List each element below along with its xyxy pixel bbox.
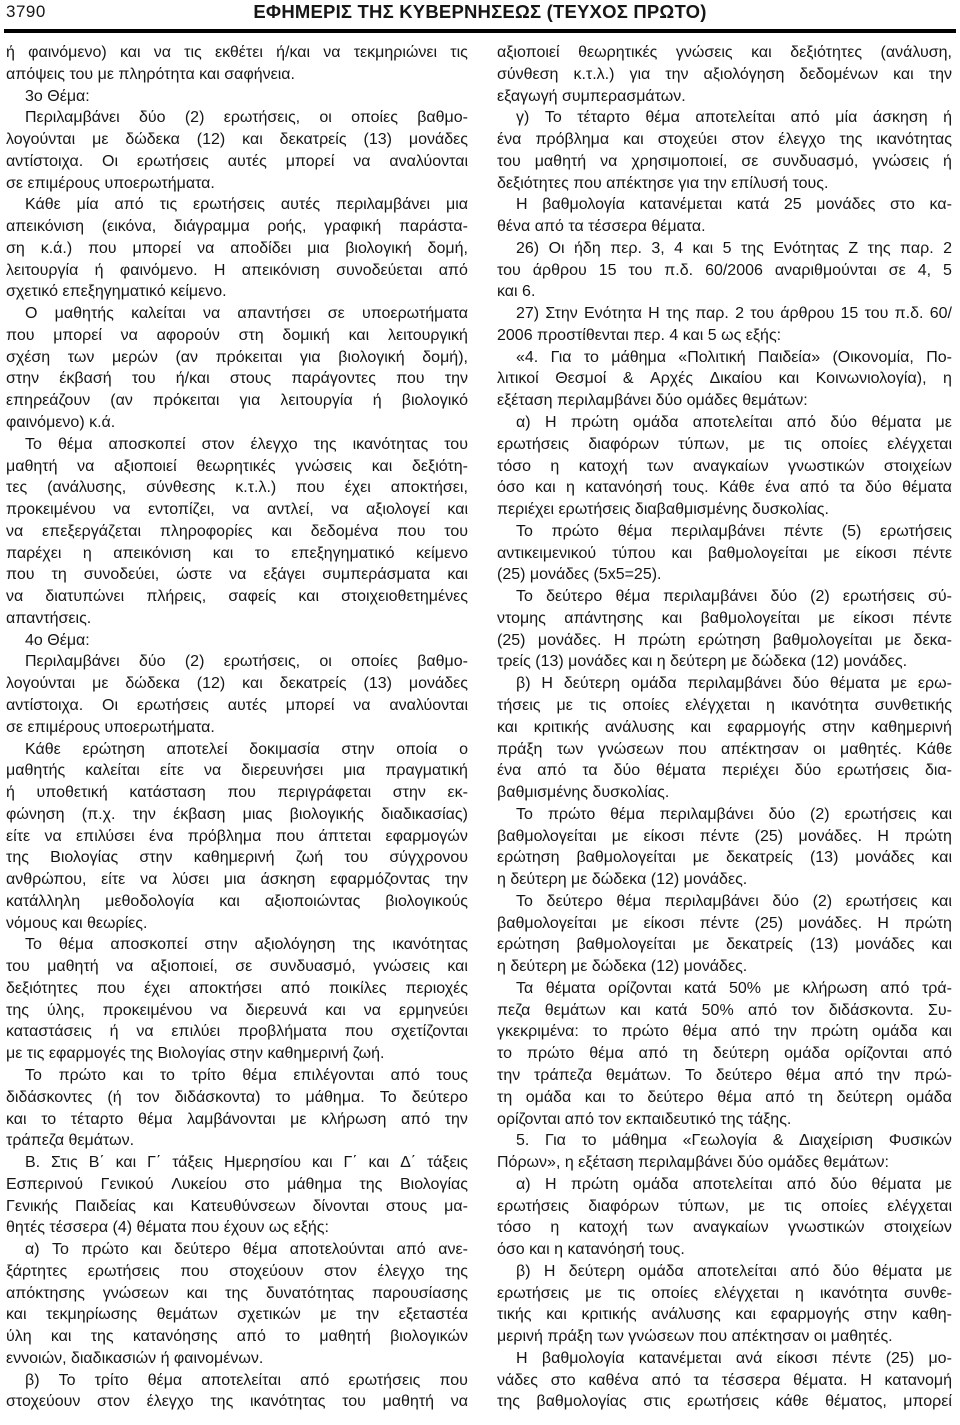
text-line: (25)μονάδες.Ηπρώτηερώτησηβαθμολογείταιμε…	[497, 630, 952, 652]
text-line: Τοπρώτοθέμαπεριλαμβάνειπέντε(5)ερωτήσεις	[497, 521, 952, 543]
text-line: Περιλαμβάνειδύο(2)ερωτήσεις,οιοποίεςβαθμ…	[6, 107, 468, 129]
text-line: τόσοηκατοχήτωναναγκαίωνγνωστικώνστοιχείω…	[497, 456, 952, 478]
column-left: ήφαινόμενο)καινατιςεκθέτειή/καινατεκμηρι…	[6, 42, 468, 1413]
text-line: βαθμολογείταιμεείκοσιπέντε(25)μονάδες.Ηπ…	[497, 826, 952, 848]
text-line: βαθμισμένης δυσκολίας.	[497, 782, 952, 804]
text-line: όσο και η κατανόησή τους.	[497, 1239, 952, 1261]
text-line: λιτικοίΘεσμοί&ΑρχέςΔικαίουκαιΚοινωνιολογ…	[497, 368, 952, 390]
text-line: στοχεύουνστονέλεγχοτηςικανότηταςτουμαθητ…	[6, 1391, 468, 1413]
text-line: β)Ηδεύτερηομάδαπεριλαμβάνειδύοθέματαμεερ…	[497, 673, 952, 695]
text-line: ΓενικήςΠαιδείαςκαιΚατευθύνσεωνδίνονταιστ…	[6, 1196, 468, 1218]
text-line: Ηβαθμολογίακατανέμεταικατά25μονάδεςστοκα…	[497, 194, 952, 216]
text-line: λογούνταιμεδώδεκα(12)καιδεκατρείς(13)μον…	[6, 129, 468, 151]
text-line: διδάσκοντες(ήτονδιδάσκοντα)τομάθημα.Τοδε…	[6, 1087, 468, 1109]
text-line: είτεναεπιλύσειέναπρόβλημαπουάπτεταιεφαρμ…	[6, 826, 468, 848]
text-line: καιτοτέταρτοθέμαλαμβάνονταιμεκλήρωσηαπότ…	[6, 1109, 468, 1131]
text-line: 26)Οιήδηπερ.3,4και5τηςΕνότηταςΖτηςπαρ.2	[497, 238, 952, 260]
text-line: η δεύτερη με δώδεκα (12) μονάδες.	[497, 956, 952, 978]
text-line: ερωτήσειςδιαφόρωντύπων,μετιςοποίεςελέγχε…	[497, 1196, 952, 1218]
text-line: τικήςκαικριτικήςανάλυσηςκαιεφαρμογήςστην…	[497, 1304, 952, 1326]
text-line: ορίζονται από τον εκπαιδευτικό της τάξης…	[497, 1109, 952, 1131]
text-line: τηομάδακαιτοδεύτεροθέμααπότηδεύτερηομάδα	[497, 1087, 952, 1109]
text-line: Τοπρώτοθέμαπεριλαμβάνειδύο(2)ερωτήσειςκα…	[497, 804, 952, 826]
text-line: γκεκριμένα:τοπρώτοθέμααπότηνπρώτηομάδακα…	[497, 1021, 952, 1043]
text-line: α)Ηπρώτηομάδααποτελείταιαπόδύοθέματαμε	[497, 412, 952, 434]
text-line: 5.Γιατομάθημα«Γεωλογία&ΔιαχείρισηΦυσικών	[497, 1130, 952, 1152]
text-line: ερώτησηβαθμολογείταιμεδεκατρείς(13)μονάδ…	[497, 934, 952, 956]
text-line: 4ο Θέμα:	[6, 630, 468, 652]
text-line: πεζαθεμάτωνκαικατά50%απότονδιδάσκοντα.Συ…	[497, 1000, 952, 1022]
text-line: τρείς (13) μονάδες και η δεύτερη με δώδε…	[497, 651, 952, 673]
text-line: ερωτήσειςμετιςοποίεςελέγχεταιηικανότητασ…	[497, 1283, 952, 1305]
text-line: Τοδεύτεροθέμαπεριλαμβάνειδύο(2)ερωτήσεις…	[497, 891, 952, 913]
text-line: σηκ.ά.)πουμπορείνααποδίδειμιαβιολογικήδο…	[6, 238, 468, 260]
text-line: λειτουργίαήφαινόμενο.Ηαπεικόνισησυνοδεύε…	[6, 260, 468, 282]
text-line: Τοπρώτοκαιτοτρίτοθέμαεπιλέγονταιαπότους	[6, 1065, 468, 1087]
text-line: σχέσητωνμερών(ανπρόκειταιγιαβιολογικήδομ…	[6, 347, 468, 369]
text-line: πράξητωνγνώσεωνπουαπέκτησανοιμαθητές.Κάθ…	[497, 739, 952, 761]
text-line: και 6.	[497, 281, 952, 303]
text-line: Ομαθητήςκαλείταινααπαντήσεισευποερωτήματ…	[6, 303, 468, 325]
text-line: ντομηςαπάντησηςκαιβαθμολογείταιμεείκοσιπ…	[497, 608, 952, 630]
text-line: μαθητήνααξιοποιείθεωρητικέςγνώσειςκαιδεξ…	[6, 456, 468, 478]
text-line: εξέταση περιλαμβάνει δύο ομάδες θεμάτων:	[497, 390, 952, 412]
text-line: θητές τέσσερα (4) θέματα που έχουν ως εξ…	[6, 1217, 468, 1239]
text-line: ήυποθετικήκατάστασηπουπεριγράφεταιστηνεκ…	[6, 782, 468, 804]
text-line: ανθρώπου,είτεναλύσειμιαάσκησηεφαρμόζοντα…	[6, 869, 468, 891]
column-right: αξιοποιείθεωρητικέςγνώσειςκαιδεξιότητες(…	[497, 42, 952, 1413]
text-line: επηρεάζουν(ανπρόκειταιγιαλειτουργίαήβιολ…	[6, 390, 468, 412]
text-line: Ηβαθμολογίακατανέμεταιανάείκοσιπέντε(25)…	[497, 1348, 952, 1370]
text-line: σε επιμέρους υποερωτήματα.	[6, 717, 468, 739]
text-line: όσοκαιηκατανόησήτους.Κάθεένααπόταδύοθέμα…	[497, 477, 952, 499]
text-line: περιέχει ερωτήσεις διαβαθμισμένης δυσκολ…	[497, 499, 952, 521]
text-line: νόμους και θεωρίες.	[6, 913, 468, 935]
text-line: στηνέκβασήτουή/καιστουςπαράγοντεςπουτην	[6, 368, 468, 390]
text-line: η δεύτερη με δώδεκα (12) μονάδες.	[497, 869, 952, 891]
text-line: ένααπόταδύοθέματαπεριέχειδύοερωτήσειςδια…	[497, 760, 952, 782]
text-line: σχετικό επεξηγηματικό κείμενο.	[6, 281, 468, 303]
text-line: τουάρθρου15τουπ.δ.60/2006αναριθμούνταισε…	[497, 260, 952, 282]
header-rule	[4, 29, 956, 33]
page-header: 3790 ΕΦΗΜΕΡΙΣ ΤΗΣ ΚΥΒΕΡΝΗΣΕΩΣ (ΤΕΥΧΟΣ ΠΡ…	[0, 0, 960, 30]
text-line: πουμπορείνααφορούνστηδομικήκαιλειτουργικ…	[6, 325, 468, 347]
text-line: τουμαθητήναχρησιμοποιεί,σεσυνδυασμό,γνώσ…	[497, 151, 952, 173]
text-line: ήφαινόμενο)καινατιςεκθέτειή/καινατεκμηρι…	[6, 42, 468, 64]
text-line: τηντράπεζαθεμάτων.Τοδεύτεροθέμααπότηνπρώ…	[497, 1065, 952, 1087]
text-line: κατάλληλημεθοδολογίακαιαξιοποιώνταςβιολο…	[6, 891, 468, 913]
text-line: έναπρόβλημακαιστοχεύειστονέλεγχοτηςικανό…	[497, 129, 952, 151]
text-line: Τοδεύτεροθέμαπεριλαμβάνειδύο(2)ερωτήσεις…	[497, 586, 952, 608]
text-line: ερώτησηβαθμολογείταιμεδεκατρείς(13)μονάδ…	[497, 847, 952, 869]
text-line: δεξιότητες που απέκτησε για την επίλυσή …	[497, 173, 952, 195]
text-line: (25) μονάδες (5x5=25).	[497, 564, 952, 586]
text-line: Περιλαμβάνειδύο(2)ερωτήσεις,οιοποίεςβαθμ…	[6, 651, 468, 673]
text-line: τήσειςμετιςοποίεςελέγχεταιηικανότητασυνθ…	[497, 695, 952, 717]
text-line: προκειμένουναεντοπίζει,νααντλεί,νααξιολο…	[6, 499, 468, 521]
text-line: β)Ηδεύτερηομάδααποτελείταιαπόδύοθέματαμε	[497, 1261, 952, 1283]
text-line: μαθητήςκαλείταιείτεναδιερευνήσειμιαπραγμ…	[6, 760, 468, 782]
text-line: ΕσπερινούΓενικούΛυκείουστομάθηματηςΒιολο…	[6, 1174, 468, 1196]
text-line: ξάρτητεςερωτήσειςπουστοχεύουνστονέλεγχοτ…	[6, 1261, 468, 1283]
text-line: δεξιότητεςπουέχειαποκτήσειαπόποικίλεςπερ…	[6, 978, 468, 1000]
text-line: αντικειμενικούτύπουκαιβαθμολογείταιμεείκ…	[497, 543, 952, 565]
text-line: καικριτικήςανάλυσηςκαιεφαρμογήςστηνκαθημ…	[497, 717, 952, 739]
text-line: με τις εφαρμογές της Βιολογίας στην καθη…	[6, 1043, 468, 1065]
text-line: τουμαθητήνααξιοποιεί,σεσυνδυασμό,γνώσεις…	[6, 956, 468, 978]
text-line: αντίστοιχα.Οιερωτήσειςαυτέςμπορείνααναλύ…	[6, 695, 468, 717]
text-line: απαντήσεις.	[6, 608, 468, 630]
text-line: 3ο Θέμα:	[6, 86, 468, 108]
text-line: απόψεις του με πληρότητα και σαφήνεια.	[6, 64, 468, 86]
text-line: απόκτησηςγνώσεωνκαιτηςδυνατότηταςπαρουσί…	[6, 1283, 468, 1305]
text-line: ναδιατυπώνειπλήρεις,σαφείςκαιστοιχειοθετ…	[6, 586, 468, 608]
text-line: Τοθέμααποσκοπείστηναξιολόγησητηςικανότητ…	[6, 934, 468, 956]
text-line: 27)ΣτηνΕνότηταΗτηςπαρ.2τουάρθρου15τουπ.δ…	[497, 303, 952, 325]
text-line: αντίστοιχα.Οιερωτήσειςαυτέςμπορείνααναλύ…	[6, 151, 468, 173]
text-line: Κάθεμίααπότιςερωτήσειςαυτέςπεριλαμβάνειμ…	[6, 194, 468, 216]
text-line: β)Τοτρίτοθέμααποτελείταιαπόερωτήσειςπου	[6, 1370, 468, 1392]
text-line: τηςβαθμολογίαςστιςερωτήσειςκάθεθέματος,μ…	[497, 1391, 952, 1413]
text-line: «4.Γιατομάθημα«ΠολιτικήΠαιδεία»(Οικονομί…	[497, 347, 952, 369]
text-line: απεικόνιση(εικόνα,διάγραμμαροής,γραφικήπ…	[6, 216, 468, 238]
text-line: ερωτήσειςδιαφόρωντύπων,μετιςοποίεςελέγχε…	[497, 434, 952, 456]
text-line: γ)Τοτέταρτοθέμααποτελείταιαπόμίαάσκησηή	[497, 107, 952, 129]
text-line: μερινή πράξη των γνώσεων που απέκτησαν ο…	[497, 1326, 952, 1348]
text-line: φαινόμενο) κ.ά.	[6, 412, 468, 434]
text-line: εννοιών, διαδικασιών ή φαινομένων.	[6, 1348, 468, 1370]
text-line: αξιοποιείθεωρητικέςγνώσειςκαιδεξιότητες(…	[497, 42, 952, 64]
text-line: λογούνταιμεδώδεκα(12)καιδεκατρείς(13)μον…	[6, 673, 468, 695]
text-line: Β.ΣτιςΒ΄καιΓ΄τάξειςΗμερησίουκαιΓ΄καιΔ΄τά…	[6, 1152, 468, 1174]
text-line: πουτησυνοδεύει,ώστεναεξάγεισυμπεράσματακ…	[6, 564, 468, 586]
text-line: τράπεζα θεμάτων.	[6, 1130, 468, 1152]
text-line: τόσοηκατοχήτωναναγκαίωνγνωστικώνστοιχείω…	[497, 1217, 952, 1239]
text-line: θένα από τα τέσσερα θέματα.	[497, 216, 952, 238]
text-line: τηςΒιολογίαςστηνκαθημερινήζωήτουσύγχρονο…	[6, 847, 468, 869]
text-line: ναεπεξεργάζεταιπληροφορίεςκαιδεδομέναπου…	[6, 521, 468, 543]
text-line: τηςύλης,προκειμένουναδιερευνάκαιναερμηνε…	[6, 1000, 468, 1022]
header-title: ΕΦΗΜΕΡΙΣ ΤΗΣ ΚΥΒΕΡΝΗΣΕΩΣ (ΤΕΥΧΟΣ ΠΡΩΤΟ)	[0, 1, 960, 23]
text-line: βαθμολογείταιμεείκοσιπέντε(25)μονάδες.Ηπ…	[497, 913, 952, 935]
text-line: Ταθέματαορίζονταικατά50%μεκλήρωσηαπότρά-	[497, 978, 952, 1000]
text-line: σύνθεσηκ.τ.λ.)γιατηναξιολόγησηδεδομένωνκ…	[497, 64, 952, 86]
text-line: νάδεςστοκαθένααπότατέσσεραθέματα.Ηκατανο…	[497, 1370, 952, 1392]
text-line: εξαγωγή συμπερασμάτων.	[497, 86, 952, 108]
text-line: τοπρώτοθέμααπότηδεύτερηομάδαορίζονταιαπό	[497, 1043, 952, 1065]
text-line: 2006 προστίθενται περ. 4 και 5 ως εξής:	[497, 325, 952, 347]
text-line: Τοθέμααποσκοπείστονέλεγχοτηςικανότηταςτο…	[6, 434, 468, 456]
text-line: α)Τοπρώτοκαιδεύτεροθέμααποτελούνταιαπόαν…	[6, 1239, 468, 1261]
text-line: καταστάσειςήναεπιλύειπροβλήματαπουσχετίζ…	[6, 1021, 468, 1043]
text-line: Κάθεερώτησηαποτελείδοκιμασίαστηνοποίαο	[6, 739, 468, 761]
text-line: σε επιμέρους υποερωτήματα.	[6, 173, 468, 195]
text-line: Πόρων», η εξέταση περιλαμβάνει δύο ομάδε…	[497, 1152, 952, 1174]
text-line: παρέχειηαπεικόνισηκαιτοεπεξηγηματικόκείμ…	[6, 543, 468, 565]
text-line: φώνηση(π.χ.τηνέκβασημιαςβιολογικήςδιαδικ…	[6, 804, 468, 826]
text-line: καιτεκμηρίωσηςθεμάτωνσχετικώνμετηνεξετασ…	[6, 1304, 468, 1326]
text-line: α)Ηπρώτηομάδααποτελείταιαπόδύοθέματαμε	[497, 1174, 952, 1196]
text-line: ύληκαιτηςκατανόησηςαπότομαθητήβιολογικών	[6, 1326, 468, 1348]
text-line: τες(ανάλυσης,σύνθεσηςκ.τ.λ.)πουέχειαποκτ…	[6, 477, 468, 499]
